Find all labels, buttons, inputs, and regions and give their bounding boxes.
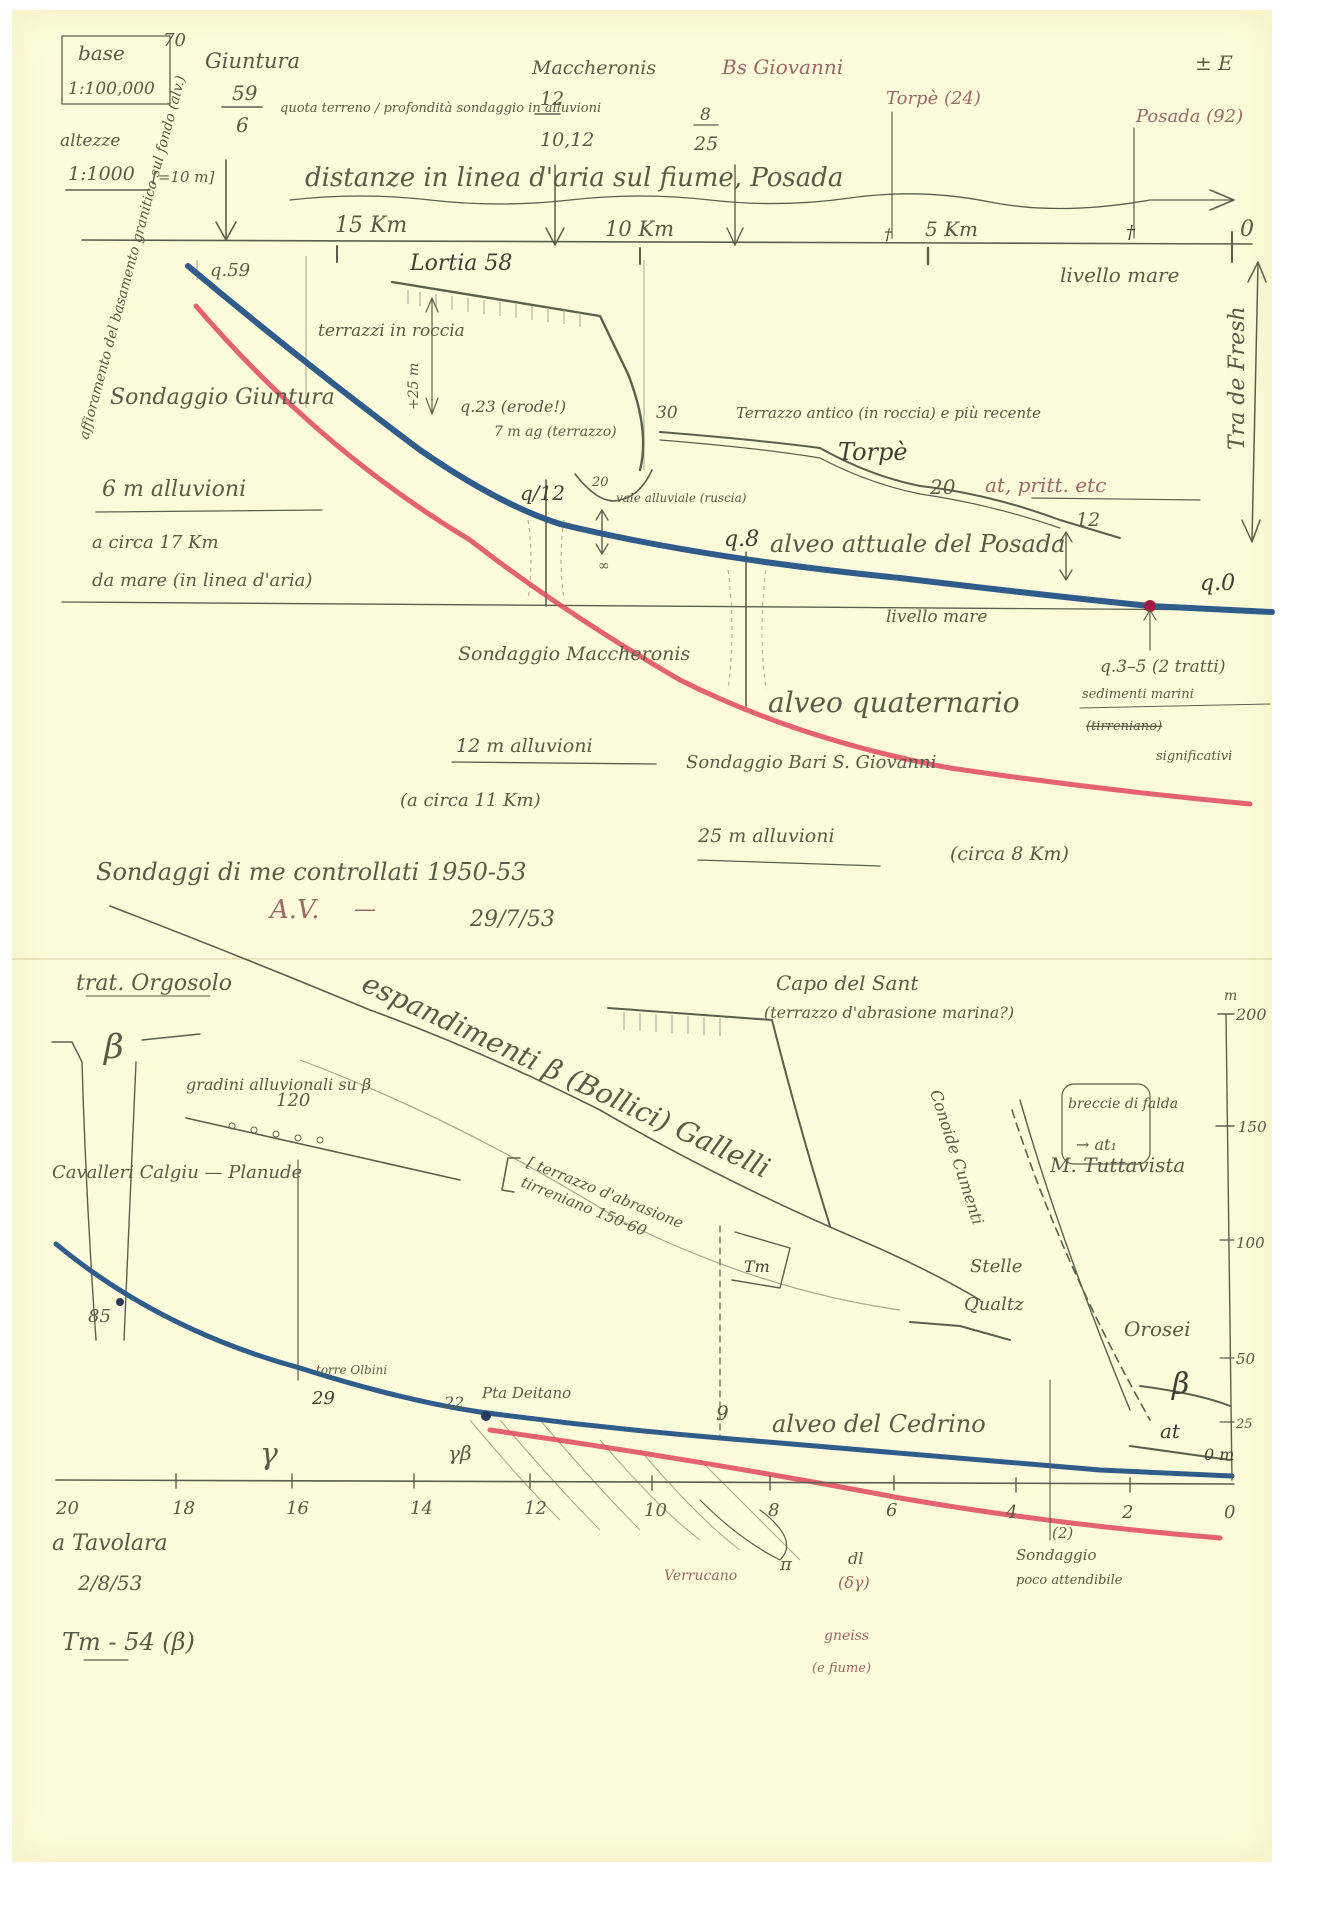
svg-text:Maccheronis: Maccheronis (531, 57, 656, 79)
espandimenti-slope (110, 906, 980, 1300)
label-sondaggio: Sondaggio (1016, 1546, 1097, 1564)
label-alluvioni-12m: 12 m alluvioni (456, 735, 593, 757)
distance-5km: 5 Km (925, 217, 978, 241)
label-non-attendibile: poco attendibile (1016, 1573, 1123, 1588)
label-pi: π (779, 1554, 793, 1575)
label-q8: q.8 (724, 527, 759, 552)
svg-text:†: † (884, 225, 893, 244)
label-torre-olbini: torre Olbini (316, 1363, 387, 1377)
svg-text:10: 10 (644, 1500, 667, 1521)
label-q0: q.0 (1200, 571, 1235, 596)
label-stelle: Stelle (970, 1256, 1022, 1277)
label-breccia: breccie di falda (1068, 1096, 1178, 1112)
label-at1: → at₁ (1076, 1135, 1117, 1154)
corner-mark: 70 (163, 30, 186, 51)
signature-block: Sondaggi di me controllati 1950-53 A.V. … (96, 858, 555, 932)
label-terrace-note: terrazzi in roccia (318, 321, 465, 341)
svg-text:18: 18 (172, 1498, 195, 1519)
svg-text:16: 16 (286, 1498, 309, 1519)
label-torpe: Torpè (838, 438, 908, 466)
lortia-plateau (392, 282, 643, 470)
label-at-note: at, pritt. etc (985, 473, 1106, 497)
label-alveo-quaternario: alveo quaternario (768, 686, 1020, 719)
svg-text:12: 12 (524, 1498, 547, 1519)
label-gneiss: gneiss (824, 1628, 869, 1644)
svg-text:m: m (1224, 988, 1237, 1004)
label-sed-marine: sedimenti marini (1082, 687, 1194, 702)
svg-text:Torpè (24): Torpè (24) (886, 88, 981, 109)
lower-left-vertical: Cavalleri Calgiu — Planude (52, 1162, 302, 1183)
label-verrucano: Verrucano (664, 1568, 737, 1584)
label-p9: 9 (716, 1401, 729, 1425)
signature-date: 29/7/53 (469, 907, 555, 932)
label-espandimenti: espandimenti β (Bollici) Gallelli (357, 966, 775, 1184)
svg-text:Posada (92): Posada (92) (1135, 106, 1243, 127)
label-mark-20a: 20 (591, 475, 609, 490)
label-depth-25: +25 m (406, 363, 422, 410)
right-vertical-axis (1252, 265, 1258, 540)
label-mark-12: 12 (1076, 509, 1100, 531)
label-mark-20b: 20 (929, 475, 956, 499)
label-alluvioni-6m: 6 m alluvioni (102, 477, 246, 502)
label-valle-note: vale alluviale (ruscia) (616, 491, 747, 505)
diagram-canvas: base 1:100,000 70 altezze 1:1000 [=10 m]… (0, 0, 1324, 1924)
svg-text:25: 25 (693, 133, 718, 155)
svg-text:0: 0 (1224, 1502, 1235, 1523)
distance-10km: 10 Km (605, 217, 674, 241)
label-p29: 29 (311, 1388, 335, 1409)
svg-text:20: 20 (55, 1498, 79, 1519)
label-tm-box: Tm (744, 1257, 770, 1276)
label-linea-11: (a circa 11 Km) (400, 790, 541, 811)
label-q23: q.23 (erode!) (460, 397, 566, 416)
lower-beta-left: β (102, 1027, 124, 1067)
lower-x-axis (56, 1480, 1234, 1484)
label-significativi: significativi (1156, 749, 1232, 764)
label-linea-8: (circa 8 Km) (950, 843, 1069, 865)
label-dl: dl (848, 1549, 863, 1568)
label-abrasione: (terrazzo d'abrasione marina?) (764, 1003, 1014, 1022)
svg-text:6: 6 (886, 1500, 897, 1521)
label-q12: q/12 (520, 481, 565, 505)
footer-date: 2/8/53 (77, 1571, 142, 1595)
label-sondaggio-macc: Sondaggio Maccheronis (458, 643, 690, 665)
svg-text:Giuntura: Giuntura (205, 49, 300, 73)
svg-text:0 m: 0 m (1204, 1445, 1234, 1464)
svg-text:50: 50 (1236, 1350, 1256, 1368)
scale-height-value: 1:1000 (68, 163, 135, 185)
lower-profile: trat. Orgosolo β Cavalleri Calgiu — Plan… (52, 906, 1267, 1676)
label-alluvioni-25m: 25 m alluvioni (697, 825, 835, 847)
label-q59: q.59 (210, 260, 250, 281)
label-p-deitano: Pta Deitano (481, 1384, 571, 1402)
svg-text:Bs Giovanni: Bs Giovanni (721, 55, 843, 79)
label-gamma: γ (260, 1437, 278, 1472)
label-q3-5: q.3–5 (2 tratti) (1100, 657, 1226, 677)
footer-tm-note: Tm - 54 (β) (62, 1628, 195, 1656)
station-bs-giovanni: Bs Giovanni 8 25 (693, 55, 843, 245)
label-strikeout: (tirreniano) (1086, 719, 1162, 734)
svg-text:59: 59 (232, 81, 258, 105)
signature-dash: — (354, 897, 376, 922)
label-alveo-cedrino: alveo del Cedrino (772, 1410, 986, 1438)
label-qualtz: Qualtz (964, 1294, 1024, 1315)
label-linea-17: a circa 17 Km (92, 532, 219, 553)
label-sea-level-low: livello mare (886, 607, 988, 627)
label-tuttavista: M. Tuttavista (1049, 1153, 1185, 1177)
label-gneiss-note: (e fiume) (812, 1661, 871, 1676)
svg-text:12: 12 (540, 88, 564, 110)
label-at-bottom: at (1160, 1419, 1181, 1443)
label-conoide: Conoide Cumenti (926, 1087, 988, 1227)
label-orosei: Orosei (1124, 1317, 1191, 1341)
label-gamma2: γβ (448, 1441, 472, 1465)
lower-title: trat. Orgosolo (76, 971, 232, 996)
svg-text:8: 8 (700, 105, 711, 125)
svg-text:2: 2 (1121, 1502, 1133, 1523)
svg-text:†: † (1126, 222, 1136, 243)
right-axis-label: Tra de Fresh (1225, 306, 1250, 450)
label-alveo-attuale: alveo attuale del Posada (770, 530, 1066, 558)
lower-right-ticks: m 200 150 100 50 25 0 m (1204, 988, 1267, 1464)
svg-text:4: 4 (1005, 1502, 1017, 1523)
label-da-mare: da mare (in linea d'aria) (92, 570, 312, 591)
svg-text:100: 100 (1236, 1234, 1265, 1252)
label-p22: 22 (443, 1393, 464, 1412)
signature-line: Sondaggi di me controllati 1950-53 (96, 858, 527, 886)
lower-current-riverbed-line (56, 1244, 1232, 1476)
label-sondaggio-giuntura: Sondaggio Giuntura (110, 385, 335, 410)
label-terrace-long: Terrazzo antico (in roccia) e più recent… (736, 404, 1041, 422)
scale-base-value: 1:100,000 (68, 79, 155, 99)
scale-base-label: base (78, 41, 125, 65)
label-beta-right: β (1171, 1367, 1189, 1402)
svg-text:150: 150 (1238, 1118, 1267, 1136)
station-posada: Posada (92) † (1126, 106, 1243, 243)
svg-text:25: 25 (1235, 1417, 1253, 1432)
distance-15km: 15 Km (335, 213, 407, 238)
sea-level-label: livello mare (1060, 263, 1179, 287)
label-mark-120: 120 (276, 1090, 310, 1111)
label-sondaggio-bari: Sondaggio Bari S. Giovanni (686, 752, 936, 773)
signature-initials: A.V. (268, 895, 320, 925)
scale-height-label: altezze (60, 131, 120, 151)
label-infinity: ∞ (598, 558, 610, 574)
svg-text:14: 14 (410, 1498, 433, 1519)
axis-end-zero: 0 (1240, 217, 1254, 242)
svg-text:8: 8 (768, 1500, 779, 1521)
svg-text:200: 200 (1235, 1005, 1267, 1024)
upper-profile: base 1:100,000 70 altezze 1:1000 [=10 m]… (60, 30, 1272, 866)
label-lortia: Lortia 58 (409, 251, 512, 276)
header-distance-label: distanze in linea d'aria sul fiume, Posa… (305, 163, 843, 193)
label-gamma-circled: (δγ) (838, 1573, 870, 1592)
svg-text:10,12: 10,12 (540, 129, 594, 151)
svg-text:6: 6 (236, 113, 249, 137)
top-right-mark: ± E (1195, 51, 1233, 75)
label-p85: 85 (88, 1306, 111, 1327)
label-ag-note: 7 m ag (terrazzo) (494, 424, 617, 440)
lower-right-axis (1226, 1014, 1232, 1480)
label-q2: (2) (1052, 1524, 1073, 1542)
label-mark-30: 30 (656, 403, 678, 423)
footer-place: a Tavolara (52, 1531, 168, 1556)
